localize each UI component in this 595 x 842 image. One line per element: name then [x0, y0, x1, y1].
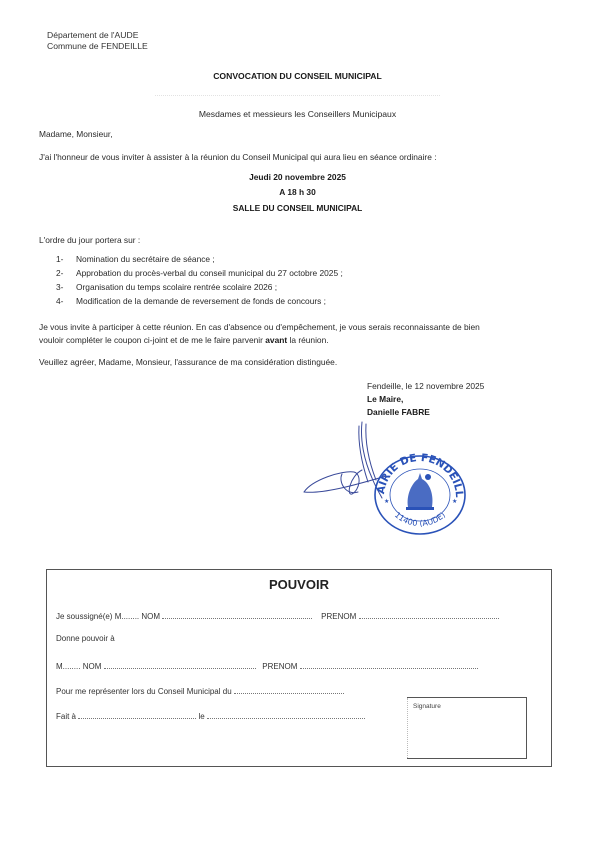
- grantor-prenom-field[interactable]: [359, 611, 499, 619]
- grantor-nom-field[interactable]: [162, 611, 312, 619]
- agenda-heading: L'ordre du jour portera sur :: [39, 235, 140, 245]
- agenda-number: 4-: [56, 296, 76, 306]
- holder-prenom-field[interactable]: [300, 661, 478, 669]
- divider: [155, 95, 440, 96]
- holder-nom-field[interactable]: [104, 661, 256, 669]
- form-line-council-date: Pour me représenter lors du Conseil Muni…: [56, 686, 344, 696]
- agenda-item: 1-Nomination du secrétaire de séance ;: [56, 254, 215, 264]
- grantor-prenom-label: PRENOM: [321, 612, 356, 621]
- body-paragraph-line2: vouloir compléter le coupon ci-joint et …: [39, 335, 329, 345]
- agenda-number: 3-: [56, 282, 76, 292]
- document-title: CONVOCATION DU CONSEIL MUNICIPAL: [0, 71, 595, 81]
- body-text: vouloir compléter le coupon ci-joint et …: [39, 335, 265, 345]
- recipients-line: Mesdames et messieurs les Conseillers Mu…: [0, 109, 595, 119]
- salutation: Madame, Monsieur,: [39, 129, 113, 139]
- date-field[interactable]: [207, 711, 365, 719]
- grantor-prefix: Je soussigné(e) M........: [56, 612, 139, 621]
- mairie-stamp-icon: MAIRIE DE FENDEILLE 11400 (AUDE) ★ ★: [372, 449, 468, 535]
- holder-prefix: M........: [56, 662, 80, 671]
- agenda-text: Approbation du procès-verbal du conseil …: [76, 268, 343, 278]
- agenda-number: 1-: [56, 254, 76, 264]
- form-line-place-date: Fait à le: [56, 711, 365, 721]
- place-date: Fendeille, le 12 novembre 2025: [367, 380, 484, 393]
- meeting-location: SALLE DU CONSEIL MUNICIPAL: [0, 203, 595, 213]
- form-line-proxy: Donne pouvoir à: [56, 634, 115, 643]
- svg-text:★: ★: [452, 498, 457, 505]
- form-line-proxy-holder: M........ NOM PRENOM: [56, 661, 478, 671]
- form-title: POUVOIR: [46, 577, 552, 592]
- council-date-field[interactable]: [234, 686, 344, 694]
- agenda-number: 2-: [56, 268, 76, 278]
- body-text: la réunion.: [287, 335, 328, 345]
- body-emphasis: avant: [265, 335, 287, 345]
- meeting-time: A 18 h 30: [0, 187, 595, 197]
- signature-label: Signature: [413, 703, 441, 710]
- agenda-text: Nomination du secrétaire de séance ;: [76, 254, 215, 264]
- place-field[interactable]: [78, 711, 196, 719]
- svg-text:★: ★: [384, 498, 389, 505]
- department-label: Département de l'AUDE: [47, 30, 138, 40]
- agenda-text: Organisation du temps scolaire rentrée s…: [76, 282, 277, 292]
- commune-label: Commune de FENDEILLE: [47, 41, 148, 51]
- agenda-item: 2-Approbation du procès-verbal du consei…: [56, 268, 343, 278]
- meeting-date: Jeudi 20 novembre 2025: [0, 172, 595, 182]
- signature-block: Fendeille, le 12 novembre 2025 Le Maire,…: [367, 380, 484, 419]
- form-line-grantor: Je soussigné(e) M........ NOM PRENOM: [56, 611, 499, 621]
- agenda-item: 3-Organisation du temps scolaire rentrée…: [56, 282, 277, 292]
- body-paragraph-line1: Je vous invite à participer à cette réun…: [39, 322, 480, 332]
- svg-text:11400 (AUDE): 11400 (AUDE): [393, 510, 447, 528]
- holder-nom-label: NOM: [83, 662, 102, 671]
- holder-prenom-label: PRENOM: [262, 662, 297, 671]
- date-label: le: [198, 712, 204, 721]
- closing-paragraph: Veuillez agréer, Madame, Monsieur, l'ass…: [39, 357, 337, 367]
- agenda-item: 4-Modification de la demande de reversem…: [56, 296, 326, 306]
- grantor-nom-label: NOM: [141, 612, 160, 621]
- signatory-name: Danielle FABRE: [367, 406, 484, 419]
- agenda-text: Modification de la demande de reversemen…: [76, 296, 326, 306]
- place-label: Fait à: [56, 712, 76, 721]
- council-date-label: Pour me représenter lors du Conseil Muni…: [56, 687, 232, 696]
- signatory-role: Le Maire,: [367, 393, 484, 406]
- intro-paragraph: J'ai l'honneur de vous inviter à assiste…: [39, 152, 437, 162]
